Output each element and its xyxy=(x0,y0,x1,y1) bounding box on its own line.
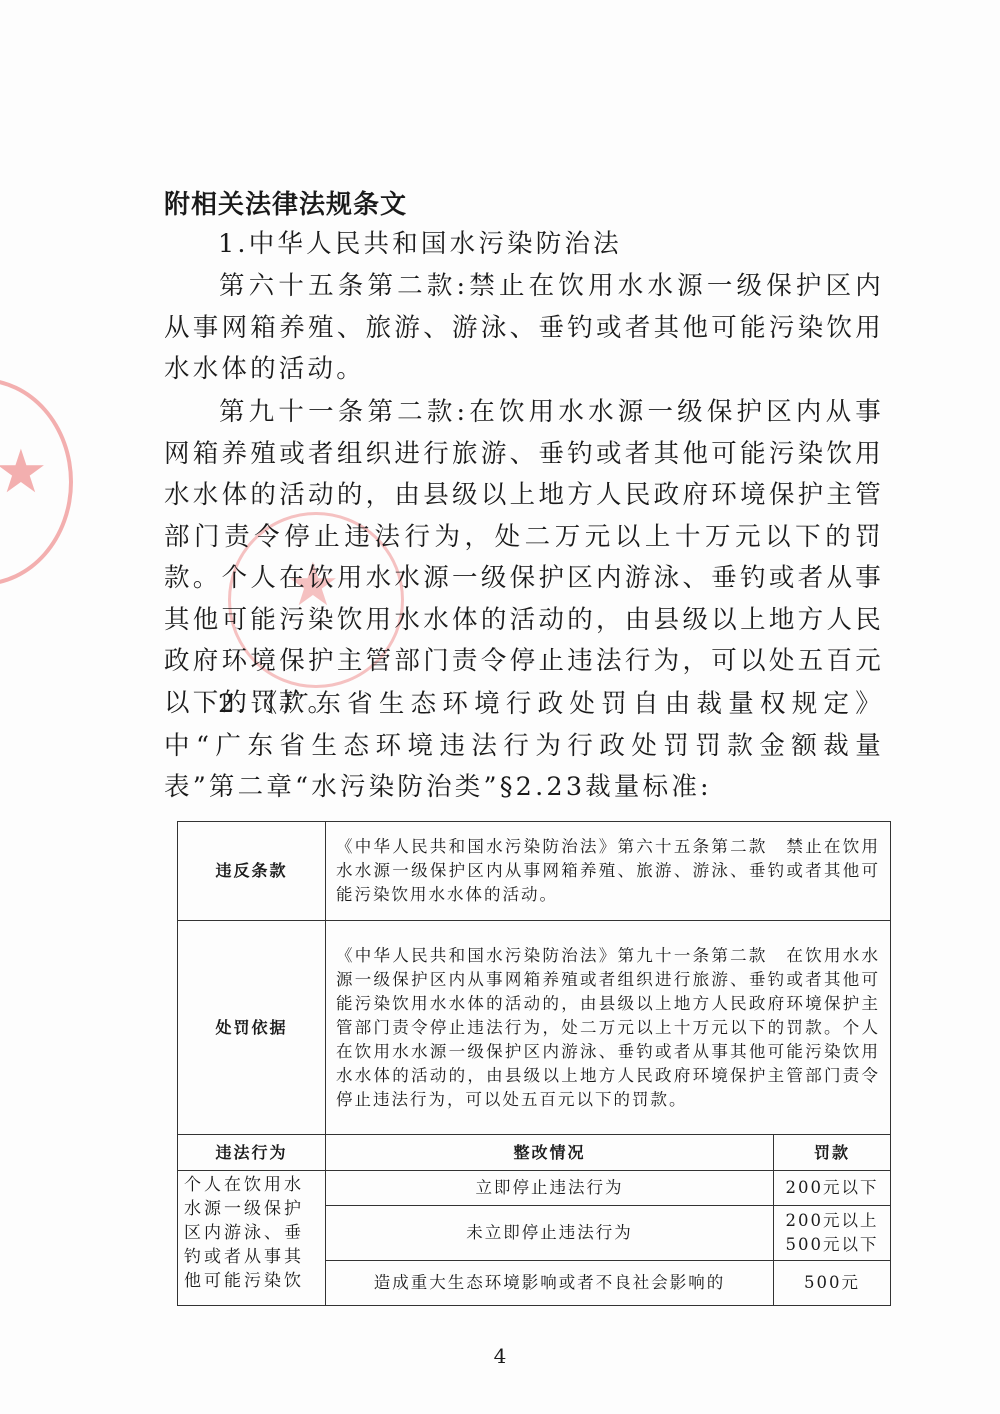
article-91-text: 第九十一条第二款:在饮用水水源一级保护区内从事网箱养殖或者组织进行旅游、垂钓或者… xyxy=(164,397,884,718)
fine-cell: 200元以下 xyxy=(774,1171,891,1206)
situation-cell: 立即停止违法行为 xyxy=(326,1171,774,1206)
section2-text: 2.《广东省生态环境行政处罚自由裁量权规定》中“广东省生态环境违法行为行政处罚罚… xyxy=(164,689,884,802)
table-row-violated: 违反条款 《中华人民共和国水污染防治法》第六十五条第二款 禁止在饮用水水源一级保… xyxy=(178,822,891,921)
discretion-standard-table: 违反条款 《中华人民共和国水污染防治法》第六十五条第二款 禁止在饮用水水源一级保… xyxy=(177,821,891,1306)
behavior-cell: 个人在饮用水水源一级保护区内游泳、垂钓或者从事其他可能污染饮 xyxy=(178,1171,326,1306)
page-heading: 附相关法律法规条文 xyxy=(164,184,407,221)
situation-cell: 造成重大生态环境影响或者不良社会影响的 xyxy=(326,1261,774,1306)
fine-line-1: 200元以上 xyxy=(782,1209,882,1233)
article-65-paragraph: 第六十五条第二款:禁止在饮用水水源一级保护区内从事网箱养殖、旅游、游泳、垂钓或者… xyxy=(164,266,884,391)
header-behavior: 违法行为 xyxy=(178,1135,326,1171)
section1-title-text: 1.中华人民共和国水污染防治法 xyxy=(218,229,622,259)
article-91-paragraph: 第九十一条第二款:在饮用水水源一级保护区内从事网箱养殖或者组织进行旅游、垂钓或者… xyxy=(164,392,884,724)
page-number: 4 xyxy=(0,1344,1000,1368)
fine-cell: 500元 xyxy=(774,1261,891,1306)
section1-title: 1.中华人民共和国水污染防治法 xyxy=(164,224,884,266)
document-page: ★ ★ 附相关法律法规条文 1.中华人民共和国水污染防治法 第六十五条第二款:禁… xyxy=(0,0,1000,1414)
violated-label: 违反条款 xyxy=(178,822,326,921)
table-row-basis: 处罚依据 《中华人民共和国水污染防治法》第九十一条第二款 在饮用水水源一级保护区… xyxy=(178,921,891,1135)
basis-text: 《中华人民共和国水污染防治法》第九十一条第二款 在饮用水水源一级保护区内从事网箱… xyxy=(326,921,891,1135)
fine-line-2: 500元以下 xyxy=(782,1233,882,1257)
fine-cell: 200元以上 500元以下 xyxy=(774,1206,891,1261)
star-icon: ★ xyxy=(0,442,48,502)
table-row: 个人在饮用水水源一级保护区内游泳、垂钓或者从事其他可能污染饮 立即停止违法行为 … xyxy=(178,1171,891,1206)
official-seal-left: ★ xyxy=(0,378,73,586)
situation-cell: 未立即停止违法行为 xyxy=(326,1206,774,1261)
basis-label: 处罚依据 xyxy=(178,921,326,1135)
header-situation: 整改情况 xyxy=(326,1135,774,1171)
table-header-row: 违法行为 整改情况 罚款 xyxy=(178,1135,891,1171)
section2-paragraph: 2.《广东省生态环境行政处罚自由裁量权规定》中“广东省生态环境违法行为行政处罚罚… xyxy=(164,684,884,809)
violated-text: 《中华人民共和国水污染防治法》第六十五条第二款 禁止在饮用水水源一级保护区内从事… xyxy=(326,822,891,921)
header-fine: 罚款 xyxy=(774,1135,891,1171)
article-65-text: 第六十五条第二款:禁止在饮用水水源一级保护区内从事网箱养殖、旅游、游泳、垂钓或者… xyxy=(164,271,884,384)
